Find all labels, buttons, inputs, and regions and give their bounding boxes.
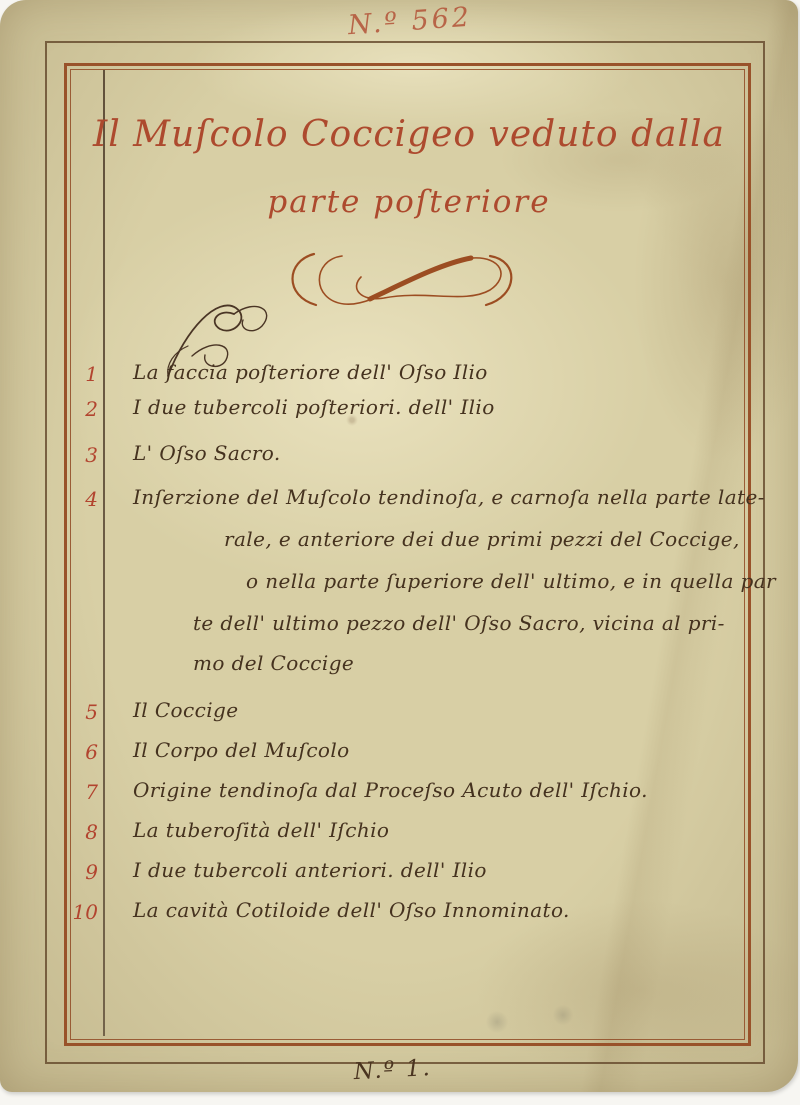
item-number: 2 — [64, 397, 98, 423]
page-title-line2: parte poſteriore — [64, 184, 754, 232]
item-text: te dell' ultimo pezzo dell' Oſso Sacro, … — [193, 611, 725, 641]
item-number: 7 — [64, 780, 98, 806]
item-number: 8 — [64, 820, 98, 846]
item-text: Inſerzione del Muſcolo tendinoſa, e carn… — [133, 485, 765, 515]
item-text: Il Corpo del Muſcolo — [133, 738, 350, 768]
manuscript-page: N.º 562 Il Muſcolo Coccigeo veduto dalla… — [0, 0, 798, 1092]
item-text: I due tubercoli anteriori. dell' Ilio — [133, 858, 487, 888]
item-text: La faccia poſteriore dell' Oſso Ilio — [133, 360, 488, 390]
item-number: 10 — [64, 900, 98, 926]
item-text: Il Coccige — [133, 698, 238, 728]
item-text: Origine tendinoſa dal Proceſso Acuto del… — [133, 778, 648, 808]
page-title: Il Muſcolo Coccigeo veduto dalla — [64, 114, 754, 176]
item-number: 6 — [64, 740, 98, 766]
item-number: 5 — [64, 700, 98, 726]
item-number: 9 — [64, 860, 98, 886]
item-number: 4 — [64, 487, 98, 513]
bottom-annotation: N.º 1. — [353, 1053, 475, 1097]
item-text: mo del Coccige — [193, 651, 354, 681]
item-text: La cavità Cotiloide dell' Oſso Innominat… — [133, 898, 570, 928]
item-number: 3 — [64, 443, 98, 469]
item-text: o nella parte ſuperiore dell' ultimo, e … — [246, 569, 776, 599]
calligraphic-flourish-icon — [278, 248, 526, 312]
item-text: La tuberoſità dell' Iſchio — [133, 818, 389, 848]
item-number: 1 — [64, 362, 98, 388]
item-text: I due tubercoli poſteriori. dell' Ilio — [133, 395, 495, 425]
item-text: L' Oſso Sacro. — [133, 441, 281, 471]
item-text: rale, e anteriore dei due primi pezzi de… — [224, 527, 740, 557]
